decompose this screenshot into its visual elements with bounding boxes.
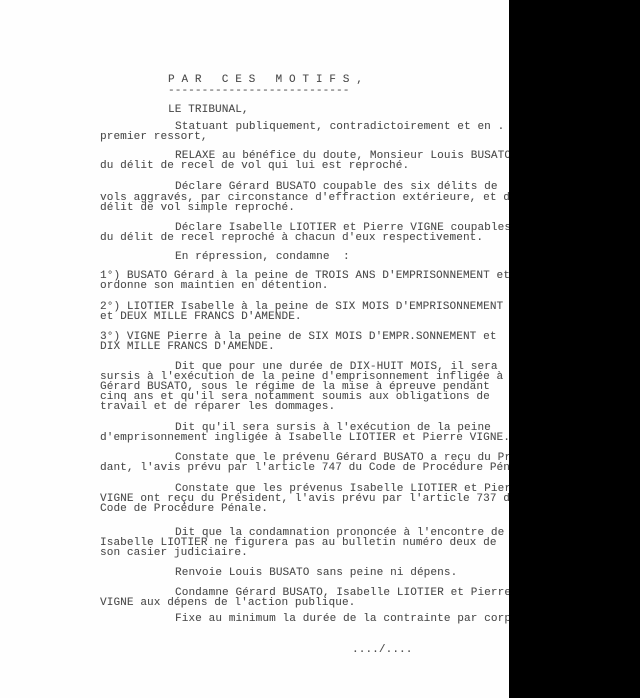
document-line: premier ressort,: [100, 132, 208, 143]
document-line: Fixe au minimum la durée de la contraint…: [175, 614, 518, 625]
document-line: travail et de réparer les dommages.: [100, 402, 335, 413]
document-line: dant, l'avis prévu par l'article 747 du …: [100, 463, 510, 474]
document-line: DIX MILLE FRANCS D'AMENDE.: [100, 342, 275, 353]
motifs-title-underline: ---------------------------: [168, 86, 349, 97]
document-line: délit de vol simple reproché.: [100, 203, 295, 214]
document-line: et DEUX MILLE FRANCS D'AMENDE.: [100, 312, 302, 323]
document-line: VIGNE aux dépens de l'action publique.: [100, 598, 355, 609]
document-line: En répression, condamne :: [175, 252, 350, 263]
document-line: Renvoie Louis BUSATO sans peine ni dépen…: [175, 568, 457, 579]
document-line: du délit de recel de vol qui lui est rep…: [100, 161, 409, 172]
black-scan-margin: [509, 0, 640, 698]
scanned-judgment-page: P A R C E S M O T I F S , --------------…: [0, 0, 640, 698]
page-continuation-mark: ..../....: [352, 645, 413, 656]
document-line: du délit de recel reproché à chacun d'eu…: [100, 233, 483, 244]
document-line: d'emprisonnement ingligée à Isabelle LIO…: [100, 433, 510, 444]
tribunal-heading: LE TRIBUNAL,: [168, 105, 249, 116]
document-line: Statuant publiquement, contradictoiremen…: [175, 122, 504, 133]
document-line: ordonne son maintien en détention.: [100, 281, 329, 292]
document-line: son casier judiciaire.: [100, 548, 248, 559]
document-line: Code de Procédure Pénale.: [100, 504, 268, 515]
